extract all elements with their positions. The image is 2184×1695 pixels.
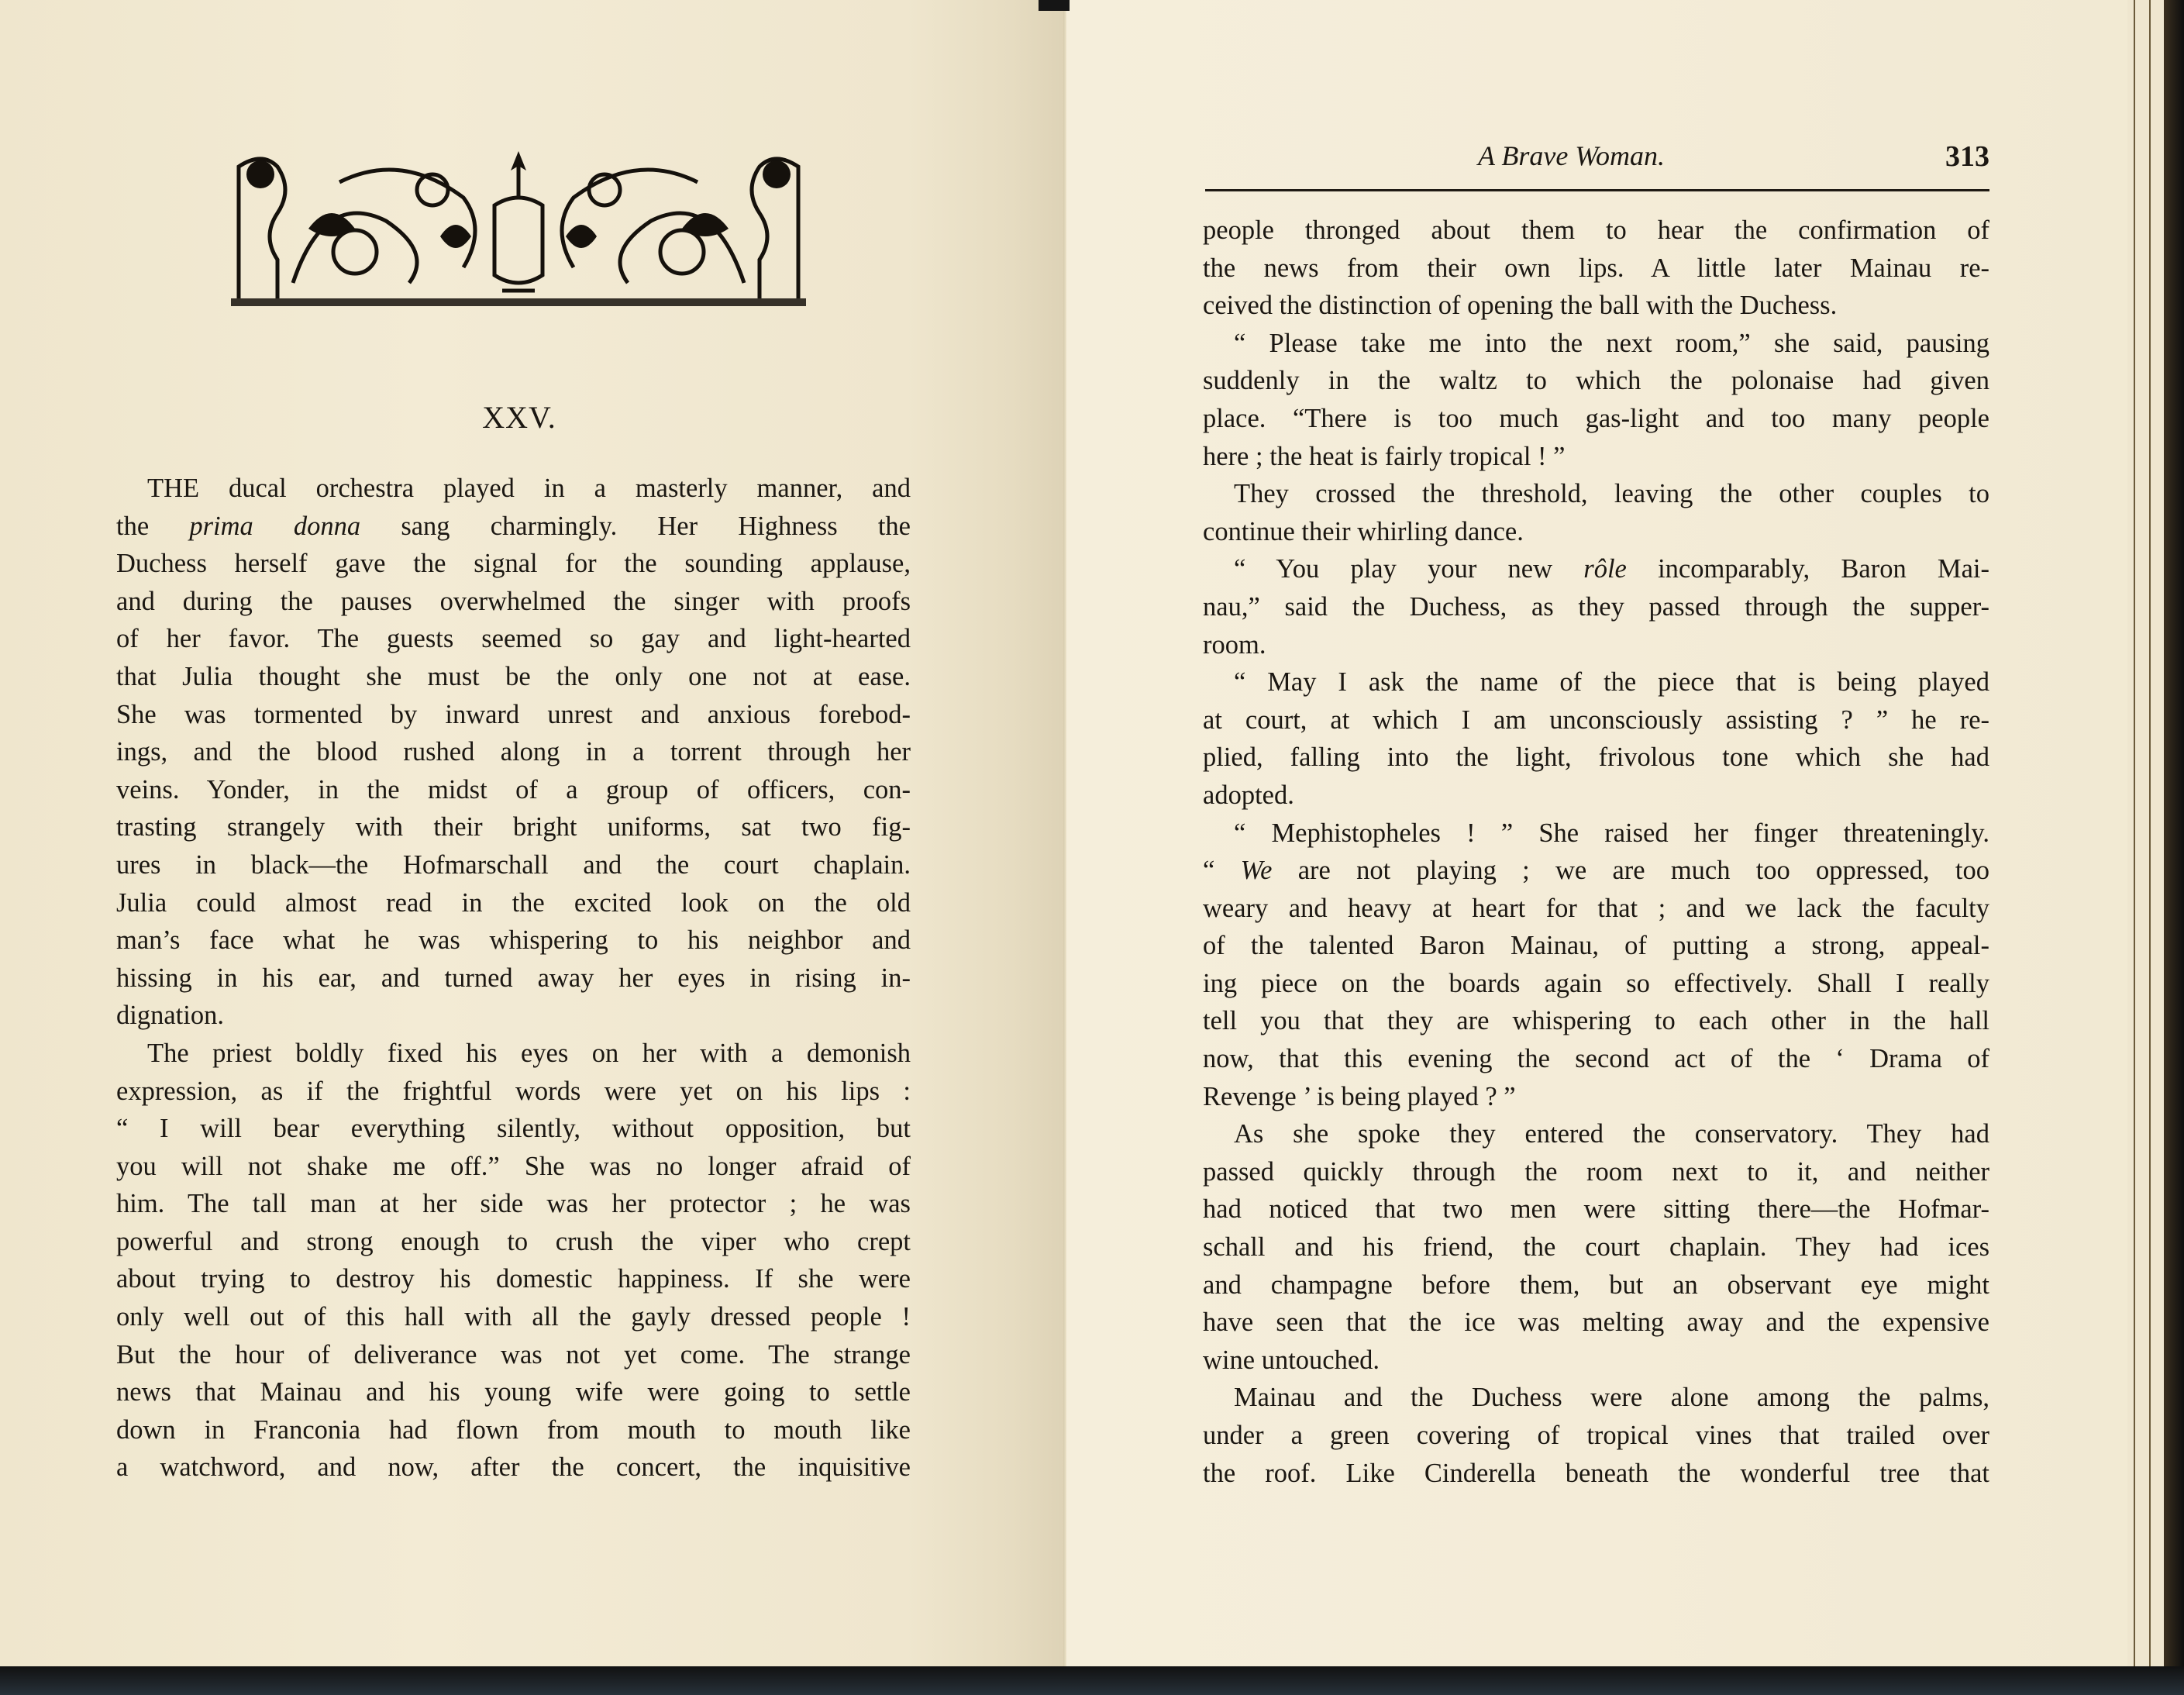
text-line: and during the pauses overwhelmed the si…	[116, 583, 911, 621]
text-line: They crossed the threshold, leaving the …	[1203, 475, 1989, 513]
text-line: ing piece on the boards again so effecti…	[1203, 965, 1989, 1003]
text-line: ures in black—the Hofmarschall and the c…	[116, 846, 911, 884]
text-line: Revenge ’ is being played ? ”	[1203, 1078, 1989, 1116]
text-line: the roof. Like Cinderella beneath the wo…	[1203, 1455, 1989, 1493]
text-line: of her favor. The guests seemed so gay a…	[116, 620, 911, 658]
running-title: A Brave Woman.	[1478, 140, 1665, 172]
text-line: Mainau and the Duchess were alone among …	[1203, 1379, 1989, 1417]
text-line: and champagne before them, but an observ…	[1203, 1266, 1989, 1304]
text-line: had noticed that two men were sitting th…	[1203, 1190, 1989, 1228]
text-line: hissing in his ear, and turned away her …	[116, 959, 911, 997]
spine-shadow	[1039, 0, 1070, 11]
text-line: The priest boldly fixed his eyes on her …	[116, 1035, 911, 1073]
text-line: only well out of this hall with all the …	[116, 1298, 911, 1336]
text-line: She was tormented by inward unrest and a…	[116, 696, 911, 734]
running-header: A Brave Woman. 313	[1203, 140, 1989, 178]
text-line: man’s face what he was whispering to his…	[116, 922, 911, 959]
text-line: expression, as if the frightful words we…	[116, 1073, 911, 1111]
text-line: him. The tall man at her side was her pr…	[116, 1185, 911, 1223]
scanner-background	[0, 1666, 2184, 1695]
text-line: news that Mainau and his young wife were…	[116, 1373, 911, 1411]
text-line: people thronged about them to hear the c…	[1203, 212, 1989, 250]
text-line: ceived the distinction of opening the ba…	[1203, 287, 1989, 325]
text-line: under a green covering of tropical vines…	[1203, 1417, 1989, 1455]
text-line: Duchess herself gave the signal for the …	[116, 545, 911, 583]
text-line: “ We are not playing ; we are much too o…	[1203, 852, 1989, 890]
text-line: now, that this evening the second act of…	[1203, 1040, 1989, 1078]
text-line: tell you that they are whispering to eac…	[1203, 1002, 1989, 1040]
text-line: passed quickly through the room next to …	[1203, 1153, 1989, 1191]
text-line: schall and his friend, the court chaplai…	[1203, 1228, 1989, 1266]
text-line: suddenly in the waltz to which the polon…	[1203, 362, 1989, 400]
text-line: a watchword, and now, after the concert,…	[116, 1449, 911, 1487]
text-line: “ Mephistopheles ! ” She raised her fing…	[1203, 815, 1989, 853]
text-line: As she spoke they entered the conservato…	[1203, 1115, 1989, 1153]
text-line: place. “There is too much gas-light and …	[1203, 400, 1989, 438]
text-line: room.	[1203, 626, 1989, 664]
text-line: dignation.	[116, 997, 911, 1035]
text-line: here ; the heat is fairly tropical ! ”	[1203, 438, 1989, 476]
header-rule	[1205, 189, 1989, 191]
text-line: plied, falling into the light, frivolous…	[1203, 739, 1989, 777]
text-line: have seen that the ice was melting away …	[1203, 1304, 1989, 1342]
text-line: veins. Yonder, in the midst of a group o…	[116, 771, 911, 809]
text-line: the news from their own lips. A little l…	[1203, 250, 1989, 288]
text-line: of the talented Baron Mainau, of putting…	[1203, 927, 1989, 965]
text-line: that Julia thought she must be the only …	[116, 658, 911, 696]
text-line: powerful and strong enough to crush the …	[116, 1223, 911, 1261]
text-line: adopted.	[1203, 777, 1989, 815]
text-line: “ You play your new rôle incomparably, B…	[1203, 550, 1989, 588]
right-page-text: people thronged about them to hear the c…	[1203, 212, 1989, 1492]
text-line: trasting strangely with their bright uni…	[116, 808, 911, 846]
text-line: continue their whirling dance.	[1203, 513, 1989, 551]
text-line: But the hour of deliverance was not yet …	[116, 1336, 911, 1374]
text-line: Julia could almost read in the excited l…	[116, 884, 911, 922]
gutter	[1063, 0, 1066, 1666]
text-line: “ May I ask the name of the piece that i…	[1203, 663, 1989, 701]
page-number: 313	[1945, 140, 1989, 174]
text-line: wine untouched.	[1203, 1342, 1989, 1380]
text-line: down in Franconia had flown from mouth t…	[116, 1411, 911, 1449]
text-line: you will not shake me off.” She was no l…	[116, 1148, 911, 1186]
text-line: at court, at which I am unconsciously as…	[1203, 701, 1989, 739]
book-spread: XXV. THE ducal orchestra played in a mas…	[0, 0, 2184, 1666]
left-page-text: THE ducal orchestra played in a masterly…	[116, 470, 911, 1487]
chapter-number: XXV.	[0, 399, 1039, 436]
text-line: “ I will bear everything silently, witho…	[116, 1110, 911, 1148]
text-line: weary and heavy at heart for that ; and …	[1203, 890, 1989, 928]
text-line: the prima donna sang charmingly. Her Hig…	[116, 508, 911, 546]
text-line: THE ducal orchestra played in a masterly…	[116, 470, 911, 508]
text-line: ings, and the blood rushed along in a to…	[116, 733, 911, 771]
text-line: about trying to destroy his domestic hap…	[116, 1260, 911, 1298]
text-line: “ Please take me into the next room,” sh…	[1203, 325, 1989, 363]
ornament-headpiece-icon	[231, 143, 806, 306]
book-cover-edge	[2164, 0, 2184, 1695]
text-line: nau,” said the Duchess, as they passed t…	[1203, 588, 1989, 626]
